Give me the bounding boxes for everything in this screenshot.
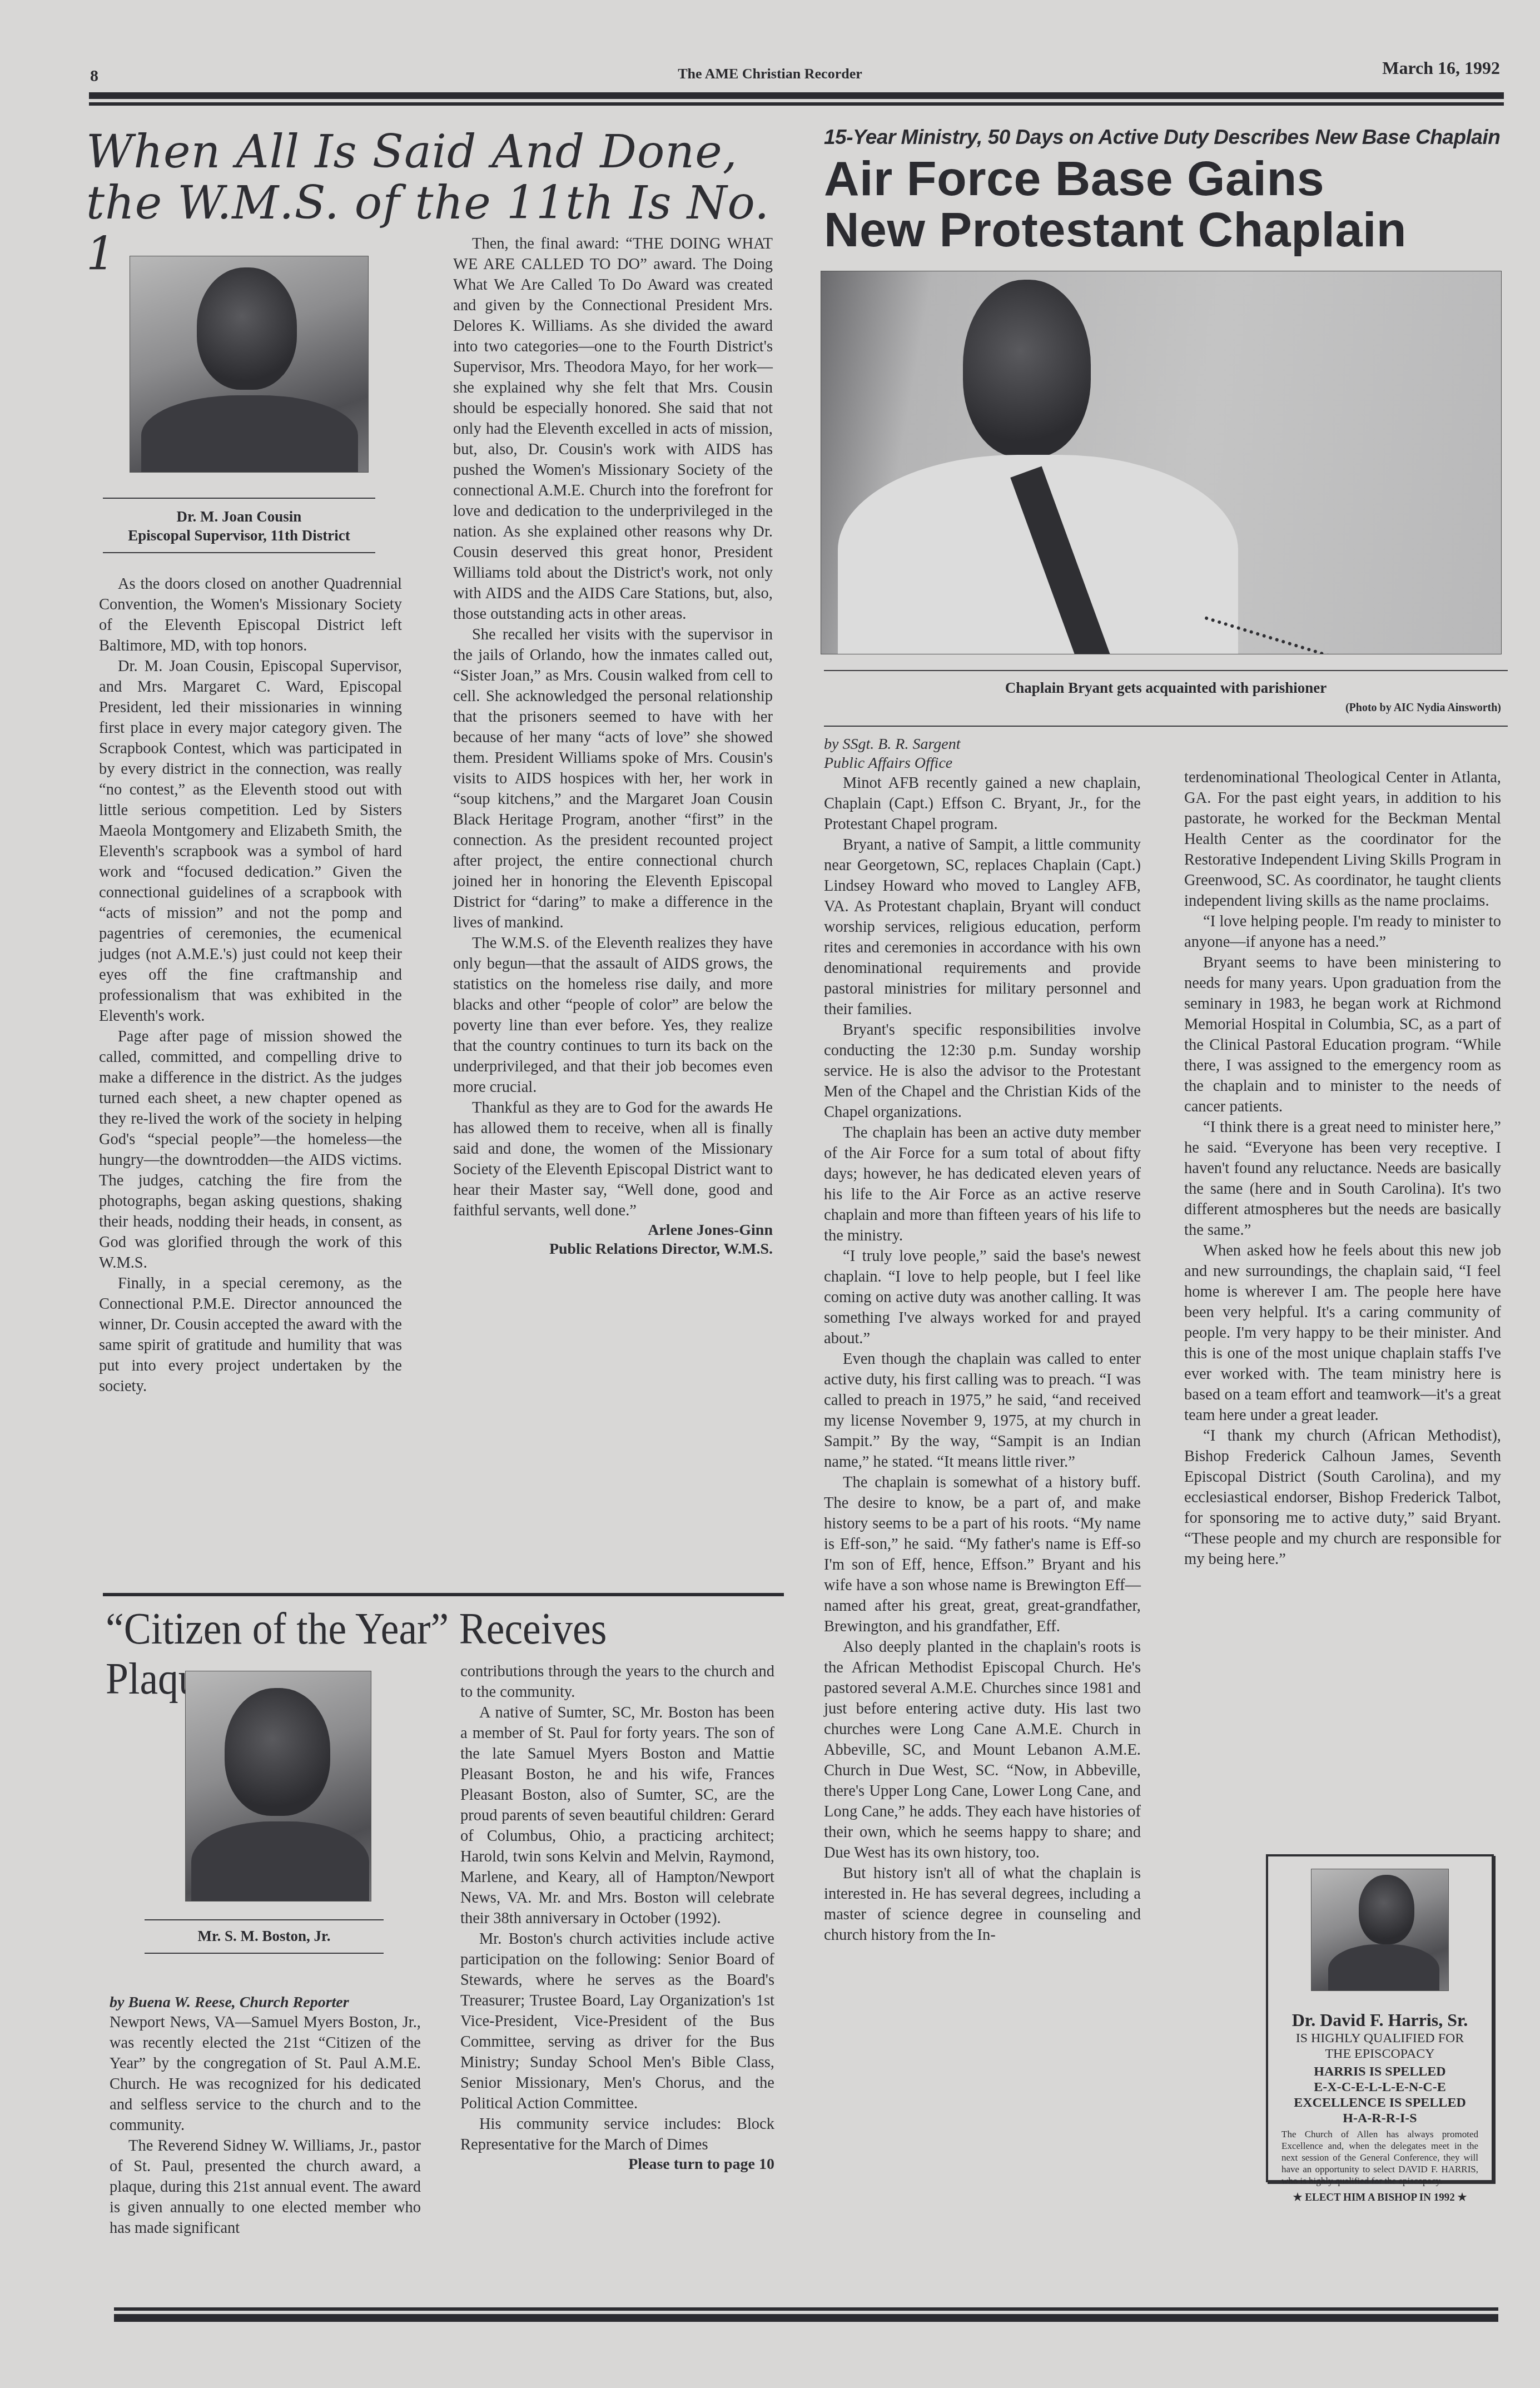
ad-candidate-name: Dr. David F. Harris, Sr. — [1268, 2010, 1492, 2030]
chaplain-kicker: 15-Year Ministry, 50 Days on Active Duty… — [824, 126, 1513, 149]
citizen-column-1: by Buena W. Reese, Church Reporter Newpo… — [110, 1993, 421, 2238]
wms-headline-line1: When All Is Said And Done, — [86, 127, 787, 178]
section-rule — [103, 1593, 784, 1596]
caption-rule — [824, 726, 1508, 727]
ad-line: EXCELLENCE IS SPELLED — [1268, 2095, 1492, 2111]
chaplain-headline: Air Force Base Gains New Protestant Chap… — [824, 153, 1524, 255]
chaplain-byline-office: Public Affairs Office — [824, 754, 1141, 773]
wms-photo-caption: Dr. M. Joan Cousin Episcopal Supervisor,… — [89, 507, 389, 545]
wms-column-2: Then, the final award: “THE DOING WHAT W… — [453, 234, 773, 1259]
signature-name: Arlene Jones-Ginn — [453, 1221, 773, 1240]
publication-name: The AME Christian Recorder — [0, 66, 1540, 82]
caption-rule — [145, 1953, 384, 1954]
chaplain-headline-line2: New Protestant Chaplain — [824, 204, 1524, 255]
chaplain-headline-line1: Air Force Base Gains — [824, 153, 1524, 204]
citizen-column-2: contributions through the years to the c… — [460, 1661, 774, 2174]
paragraph: His community service includes: Block Re… — [460, 2114, 774, 2155]
paragraph: She recalled her visits with the supervi… — [453, 624, 773, 933]
paragraph: “I truly love people,” said the base's n… — [824, 1246, 1141, 1349]
paragraph: But history isn't all of what the chapla… — [824, 1863, 1141, 1945]
wms-column-1: As the doors closed on another Quadrenni… — [99, 574, 402, 1397]
citizen-photo-caption: Mr. S. M. Boston, Jr. — [145, 1927, 384, 1945]
paragraph: “I think there is a great need to minist… — [1184, 1117, 1501, 1240]
masthead-rule-thin — [89, 102, 1504, 106]
paragraph: Page after page of mission showed the ca… — [99, 1026, 402, 1273]
ad-body: The Church of Allen has always promoted … — [1268, 2126, 1492, 2187]
masthead-rule — [89, 92, 1504, 99]
paragraph: Then, the final award: “THE DOING WHAT W… — [453, 234, 773, 624]
signature-title: Public Relations Director, W.M.S. — [453, 1240, 773, 1259]
paragraph: Bryant, a native of Sampit, a little com… — [824, 835, 1141, 1020]
caption-title: Episcopal Supervisor, 11th District — [89, 526, 389, 545]
chaplain-photo-caption: Chaplain Bryant gets acquainted with par… — [824, 678, 1508, 697]
paragraph: Finally, in a special ceremony, as the C… — [99, 1273, 402, 1397]
portrait-photo-man-icon — [185, 1671, 371, 1902]
caption-rule — [145, 1919, 384, 1920]
ad-line: IS HIGHLY QUALIFIED FOR — [1268, 2030, 1492, 2046]
citizen-byline: by Buena W. Reese, Church Reporter — [110, 1993, 421, 2012]
paragraph: Minot AFB recently gained a new chaplain… — [824, 773, 1141, 835]
chaplain-byline-name: by SSgt. B. R. Sargent — [824, 735, 1141, 754]
paragraph: terdenominational Theological Center in … — [1184, 767, 1501, 911]
harris-campaign-ad: Dr. David F. Harris, Sr. IS HIGHLY QUALI… — [1266, 1854, 1494, 2182]
ad-line: H-A-R-R-I-S — [1268, 2111, 1492, 2126]
paragraph: “I thank my church (African Methodist), … — [1184, 1426, 1501, 1570]
paragraph: Bryant's specific responsibilities invol… — [824, 1020, 1141, 1123]
paragraph: A native of Sumter, SC, Mr. Boston has b… — [460, 1702, 774, 1929]
footer-rule-thin — [114, 2307, 1498, 2311]
paragraph: The chaplain has been an active duty mem… — [824, 1123, 1141, 1246]
continued-link[interactable]: Please turn to page 10 — [460, 2155, 774, 2174]
photo-chaplain-on-phone-icon — [821, 271, 1502, 654]
ad-call-to-action: ★ ELECT HIM A BISHOP IN 1992 ★ — [1268, 2191, 1492, 2204]
chaplain-column-2: terdenominational Theological Center in … — [1184, 767, 1501, 1570]
footer-rule — [114, 2314, 1498, 2322]
paragraph: contributions through the years to the c… — [460, 1661, 774, 1702]
caption-name: Dr. M. Joan Cousin — [89, 507, 389, 526]
paragraph: The chaplain is somewhat of a history bu… — [824, 1472, 1141, 1637]
paragraph: Bryant seems to have been ministering to… — [1184, 952, 1501, 1117]
paragraph: Dr. M. Joan Cousin, Episcopal Supervisor… — [99, 656, 402, 1026]
caption-rule — [103, 498, 375, 499]
ad-line: HARRIS IS SPELLED — [1268, 2064, 1492, 2079]
photo-credit: (Photo by AIC Nydia Ainsworth) — [824, 702, 1501, 714]
paragraph: Also deeply planted in the chaplain's ro… — [824, 1637, 1141, 1863]
paragraph: Mr. Boston's church activities include a… — [460, 1929, 774, 2114]
caption-rule — [824, 670, 1508, 671]
ad-line: E-X-C-E-L-L-E-N-C-E — [1268, 2079, 1492, 2095]
issue-date: March 16, 1992 — [1382, 58, 1500, 78]
paragraph: When asked how he feels about this new j… — [1184, 1240, 1501, 1426]
ad-line: THE EPISCOPACY — [1268, 2046, 1492, 2062]
portrait-photo-candidate-icon — [1311, 1869, 1449, 1991]
paragraph: The W.M.S. of the Eleventh realizes they… — [453, 933, 773, 1098]
paragraph: The Reverend Sidney W. Williams, Jr., pa… — [110, 2136, 421, 2238]
paragraph: As the doors closed on another Quadrenni… — [99, 574, 402, 656]
paragraph: Thankful as they are to God for the awar… — [453, 1098, 773, 1221]
chaplain-column-1: by SSgt. B. R. Sargent Public Affairs Of… — [824, 735, 1141, 1945]
caption-rule — [103, 552, 375, 553]
paragraph: “I love helping people. I'm ready to min… — [1184, 911, 1501, 952]
paragraph: Newport News, VA—Samuel Myers Boston, Jr… — [110, 2012, 421, 2136]
paragraph: Even though the chaplain was called to e… — [824, 1349, 1141, 1472]
portrait-photo-woman-icon — [130, 256, 369, 473]
